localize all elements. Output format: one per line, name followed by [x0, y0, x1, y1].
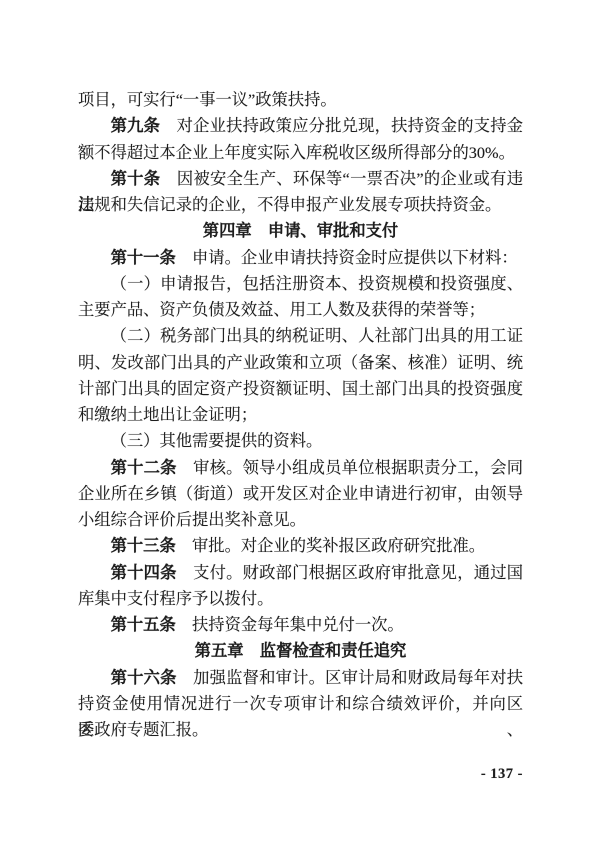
text-line: 计部门出具的固定资产投资额证明、国土部门出具的投资强度 [78, 376, 523, 402]
text-line: （二）税务部门出具的纳税证明、人社部门出具的用工证 [78, 323, 523, 349]
text-line: 第九条 对企业扶持政策应分批兑现，扶持资金的支持金 [78, 113, 523, 139]
text-line: （三）其他需要提供的资料。 [78, 428, 523, 454]
line-text: 加强监督和审计。区审计局和财政局每年对扶 [193, 668, 523, 687]
line-text: 企业所在乡镇（街道）或开发区对企业申请进行初审，由领导 [78, 484, 523, 503]
text-line: 第十四条 支付。财政部门根据区政府审批意见，通过国 [78, 560, 523, 586]
line-text: （三）其他需要提供的资料。 [111, 431, 323, 450]
page-number: - 137 - [481, 766, 523, 783]
chapter-heading-text: 第四章 申请、审批和支付 [203, 222, 398, 240]
line-text: 申请。企业申请扶持资金时应提供以下材料： [192, 248, 518, 267]
chapter-heading: 第五章 监督检查和责任追究 [78, 638, 523, 664]
text-line: 第十三条 审批。对企业的奖补报区政府研究批准。 [78, 533, 523, 559]
line-text: 和缴纳土地出让金证明； [78, 405, 257, 424]
text-line: 企业所在乡镇（街道）或开发区对企业申请进行初审，由领导 [78, 481, 523, 507]
article-number: 第十五条 [111, 616, 192, 634]
article-number: 第十二条 [111, 459, 194, 477]
text-line: 第十五条 扶持资金每年集中兑付一次。 [78, 612, 523, 638]
document-page: 项目，可实行“一事一议”政策扶持。第九条 对企业扶持政策应分批兑现，扶持资金的支… [0, 0, 600, 847]
text-line: 明、发改部门出具的产业政策和立项（备案、核准）证明、统 [78, 350, 523, 376]
text-line: 库集中支付程序予以拨付。 [78, 586, 523, 612]
text-line: 第十条 因被安全生产、环保等“一票否决”的企业或有违法 [78, 166, 523, 192]
text-line: 第十六条 加强监督和审计。区审计局和财政局每年对扶 [78, 665, 523, 691]
text-line: 第十一条 申请。企业申请扶持资金时应提供以下材料： [78, 245, 523, 271]
line-text: 区政府专题汇报。 [78, 720, 208, 739]
chapter-heading-text: 第五章 监督检查和责任追究 [195, 642, 407, 660]
line-text: 违规和失信记录的企业，不得申报产业发展专项扶持资金。 [78, 195, 501, 214]
text-line: 小组综合评价后提出奖补意见。 [78, 507, 523, 533]
article-number: 第十四条 [111, 564, 194, 582]
text-line: 项目，可实行“一事一议”政策扶持。 [78, 87, 523, 113]
line-text: 审核。领导小组成员单位根据职责分工，会同 [193, 458, 523, 477]
line-text: 支付。财政部门根据区政府审批意见，通过国 [193, 563, 523, 582]
line-text: 额不得超过本企业上年度实际入库税收区级所得部分的30%。 [78, 143, 515, 162]
text-line: 违规和失信记录的企业，不得申报产业发展专项扶持资金。 [78, 192, 523, 218]
article-number: 第十三条 [111, 537, 192, 555]
article-number: 第十六条 [111, 669, 194, 687]
line-text: 审批。对企业的奖补报区政府研究批准。 [192, 536, 485, 555]
text-block: 项目，可实行“一事一议”政策扶持。第九条 对企业扶持政策应分批兑现，扶持资金的支… [78, 87, 523, 743]
line-text: （二）税务部门出具的纳税证明、人社部门出具的用工证 [111, 326, 523, 345]
line-text: 对企业扶持政策应分批兑现，扶持资金的支持金 [177, 116, 523, 135]
text-line: 额不得超过本企业上年度实际入库税收区级所得部分的30%。 [78, 140, 523, 166]
text-line: 第十二条 审核。领导小组成员单位根据职责分工，会同 [78, 455, 523, 481]
line-text: 小组综合评价后提出奖补意见。 [78, 510, 306, 529]
chapter-heading: 第四章 申请、审批和支付 [78, 218, 523, 244]
line-text: 扶持资金每年集中兑付一次。 [192, 615, 404, 634]
text-line: 持资金使用情况进行一次专项审计和综合绩效评价，并向区委、 [78, 691, 523, 717]
line-text: 主要产品、资产负债及效益、用工人数及获得的荣誉等； [78, 300, 485, 319]
line-text: 明、发改部门出具的产业政策和立项（备案、核准）证明、统 [78, 353, 523, 372]
text-line: 主要产品、资产负债及效益、用工人数及获得的荣誉等； [78, 297, 523, 323]
line-text: （一）申请报告，包括注册资本、投资规模和投资强度、 [111, 274, 523, 293]
text-line: 和缴纳土地出让金证明； [78, 402, 523, 428]
text-line: （一）申请报告，包括注册资本、投资规模和投资强度、 [78, 271, 523, 297]
line-text: 项目，可实行“一事一议”政策扶持。 [78, 90, 337, 109]
article-number: 第十条 [111, 170, 177, 188]
line-text: 计部门出具的固定资产投资额证明、国土部门出具的投资强度 [78, 379, 523, 398]
article-number: 第十一条 [111, 249, 192, 267]
article-number: 第九条 [111, 117, 177, 135]
line-text: 库集中支付程序予以拨付。 [78, 589, 273, 608]
